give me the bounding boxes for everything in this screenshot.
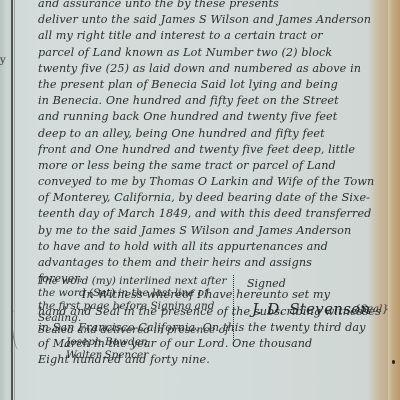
deed-line: of Monterey, California, by deed bearing… (38, 190, 393, 206)
ledger-page: y and assurance unto the by these presen… (0, 0, 400, 400)
deed-line: the present plan of Benecia Said lot lyi… (38, 77, 393, 93)
seal-mark: {Seal} (354, 304, 389, 315)
deed-line: conveyed to me by Thomas O Larkin and Wi… (38, 174, 393, 190)
signed-label: Signed (247, 277, 286, 290)
note-line: Sealing. (38, 312, 238, 324)
deed-line: all my right title and interest to a cer… (38, 28, 393, 44)
witness-name: Walter Spencer (38, 349, 238, 361)
interlineation-note: The word (my) interlined next after the … (38, 275, 238, 361)
deed-line: more or less being the same tract or par… (38, 158, 393, 174)
deed-line: in Benecia. One hundred and fifty feet o… (38, 93, 393, 109)
deed-line: parcel of Land known as Lot Number two (… (38, 45, 393, 61)
deed-line: to have and to hold with all its appurte… (38, 239, 393, 255)
note-line: the word (Set) in the last line of (38, 287, 238, 299)
signature: J. D. Stevenson (252, 300, 371, 318)
deed-line: deliver unto the said James S Wilson and… (38, 12, 393, 28)
note-line: The word (my) interlined next after (38, 275, 238, 287)
sealed-delivered-line: Sealed and delivered in presence of (38, 324, 238, 336)
deed-line: and running back One hundred and twenty … (38, 109, 393, 125)
deed-line: and assurance unto the by these presents (38, 0, 393, 12)
brace-mark (225, 275, 234, 340)
deed-line: advantages to them and their heirs and a… (38, 255, 393, 271)
note-line: the first page before Signing and (38, 300, 238, 312)
witness-name: Joseph Bowden (38, 336, 238, 348)
deed-line: by me to the said James S Wilson and Jam… (38, 223, 393, 239)
deed-line: twenty five (25) as laid down and number… (38, 61, 393, 77)
deed-line: teenth day of March 1849, and with this … (38, 206, 393, 222)
deed-line: front and One hundred and twenty five fe… (38, 142, 393, 158)
margin-mark: y (0, 55, 6, 66)
deed-line: deep to an alley, being One hundred and … (38, 126, 393, 142)
